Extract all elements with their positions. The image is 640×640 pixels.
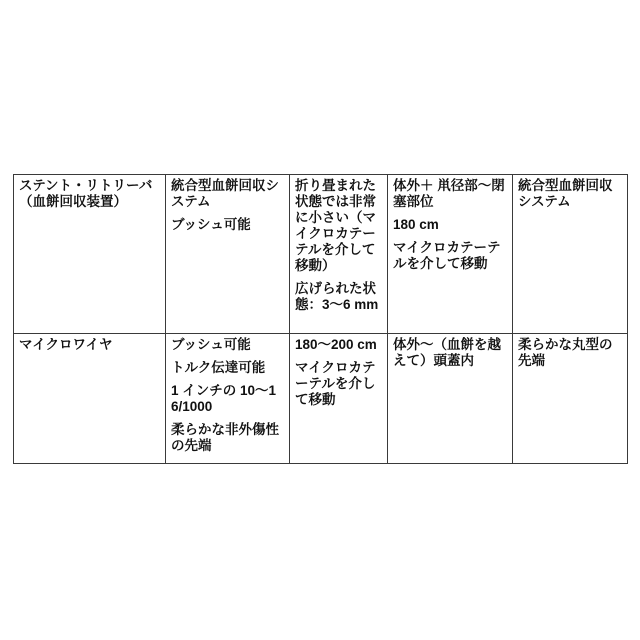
cell-paragraph: 統合型血餅回収システム xyxy=(518,178,623,210)
cell-r2c1-device-name: マイクロワイヤ xyxy=(14,334,166,464)
cell-paragraph: 折り畳まれた状態では非常に小さい（マイクロカテーテルを介して移動） xyxy=(295,178,383,274)
cell-paragraph: 統合型血餅回収システム xyxy=(171,178,285,210)
cell-r1c5-system: 統合型血餅回収システム xyxy=(513,175,628,334)
cell-r1c1-device-name: ステント・リトリーバ（血餅回収装置） xyxy=(14,175,166,334)
cell-paragraph: 1 インチの 10〜16/1000 xyxy=(171,383,285,415)
cell-paragraph: 柔らかな丸型の先端 xyxy=(518,337,623,369)
cell-r1c3-size: 折り畳まれた状態では非常に小さい（マイクロカテーテルを介して移動） 広げられた状… xyxy=(290,175,388,334)
table-row-stent-retriever: ステント・リトリーバ（血餅回収装置） 統合型血餅回収システム ブッシュ可能 折り… xyxy=(14,175,628,334)
cell-paragraph: 柔らかな非外傷性の先端 xyxy=(171,422,285,454)
cell-r2c5-tip: 柔らかな丸型の先端 xyxy=(513,334,628,464)
cell-paragraph: ブッシュ可能 xyxy=(171,337,285,353)
cell-paragraph: マイクロワイヤ xyxy=(19,337,161,353)
cell-r1c4-access-route: 体外＋ 鼡径部〜閉塞部位 180 cm マイクロカテーテルを介して移動 xyxy=(388,175,513,334)
table-row-microwire: マイクロワイヤ ブッシュ可能 トルク伝達可能 1 インチの 10〜16/1000… xyxy=(14,334,628,464)
cell-r2c4-access-route: 体外〜（血餅を越えて）頭蓋内 xyxy=(388,334,513,464)
cell-paragraph: ステント・リトリーバ（血餅回収装置） xyxy=(19,178,161,210)
cell-paragraph: 180 cm xyxy=(393,217,508,233)
cell-paragraph: マイクロカテーテルを介して移動 xyxy=(393,240,508,272)
cell-r1c2-system-type: 統合型血餅回収システム ブッシュ可能 xyxy=(166,175,290,334)
cell-paragraph: マイクロカテーテルを介して移動 xyxy=(295,360,383,408)
cell-paragraph: ブッシュ可能 xyxy=(171,217,285,233)
cell-paragraph: 180〜200 cm xyxy=(295,337,383,353)
device-comparison-table: ステント・リトリーバ（血餅回収装置） 統合型血餅回収システム ブッシュ可能 折り… xyxy=(13,174,628,464)
cell-paragraph: 広げられた状態：3〜6 mm xyxy=(295,281,383,313)
cell-paragraph: 体外〜（血餅を越えて）頭蓋内 xyxy=(393,337,508,369)
cell-paragraph: トルク伝達可能 xyxy=(171,360,285,376)
cell-r2c2-features: ブッシュ可能 トルク伝達可能 1 インチの 10〜16/1000 柔らかな非外傷… xyxy=(166,334,290,464)
cell-paragraph: 体外＋ 鼡径部〜閉塞部位 xyxy=(393,178,508,210)
cell-r2c3-size: 180〜200 cm マイクロカテーテルを介して移動 xyxy=(290,334,388,464)
device-comparison-table-container: ステント・リトリーバ（血餅回収装置） 統合型血餅回収システム ブッシュ可能 折り… xyxy=(13,174,627,464)
